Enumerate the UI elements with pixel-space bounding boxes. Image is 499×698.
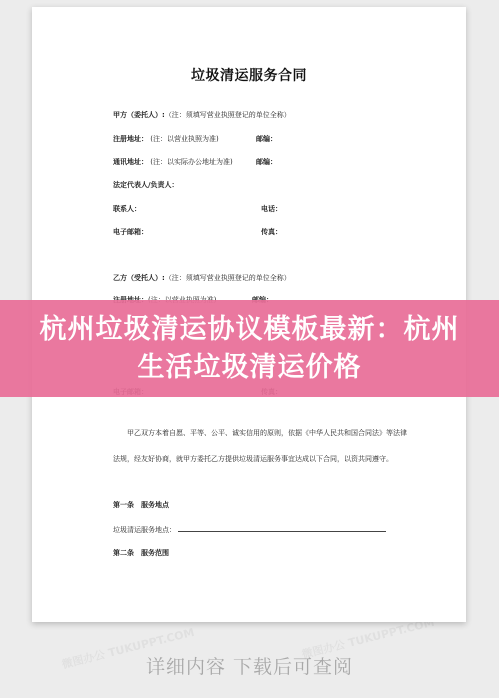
party-a-note: （注：须填写营业执照登记的单位全称） <box>165 111 291 119</box>
banner-title: 杭州垃圾清运协议模板最新：杭州生活垃圾清运价格 <box>30 311 470 387</box>
email-label: 电子邮箱： <box>113 228 148 236</box>
zip-label: 邮编： <box>256 157 277 167</box>
contact-label: 联系人： <box>113 205 141 213</box>
party-a-email: 电子邮箱： 传真： <box>113 227 148 237</box>
title-banner: 杭州垃圾清运协议模板最新：杭州生活垃圾清运价格 <box>0 300 499 397</box>
phone-label: 电话： <box>261 204 282 214</box>
fax-label: 传真： <box>261 227 282 237</box>
party-b-header: 乙方（受托人）:（注：须填写营业执照登记的单位全称） <box>113 273 291 283</box>
service-location-field[interactable] <box>178 524 386 532</box>
party-a-header: 甲方（委托人）:（注：须填写营业执照登记的单位全称） <box>113 110 291 120</box>
mail-address-label: 通讯地址： <box>113 158 148 166</box>
party-a-legal-rep: 法定代表人/负责人： <box>113 180 179 190</box>
download-hint[interactable]: 详细内容 下载后可查阅 <box>0 652 499 679</box>
intro-paragraph-text: 甲乙双方本着自愿、平等、公平、诚实信用的原则，依据《中华人民共和国合同法》等法律… <box>113 429 407 463</box>
party-a-reg-address: 注册地址： (注：以营业执照为准) 邮编： <box>113 134 219 144</box>
party-b-label: 乙方（受托人）: <box>113 274 165 282</box>
service-location-row: 垃圾清运服务地点： <box>113 524 386 535</box>
party-a-label: 甲方（委托人）: <box>113 111 165 119</box>
party-b-note: （注：须填写营业执照登记的单位全称） <box>165 274 291 282</box>
zip-label: 邮编： <box>256 134 277 144</box>
mail-address-note: (注：以实际办公地址为准) <box>150 158 232 166</box>
party-a-mail-address: 通讯地址： (注：以实际办公地址为准) 邮编： <box>113 157 233 167</box>
service-location-label: 垃圾清运服务地点： <box>113 526 176 534</box>
document-title: 垃圾清运服务合同 <box>32 65 466 85</box>
article-2-heading: 第二条 服务范围 <box>113 548 169 558</box>
party-a-contact: 联系人： 电话： <box>113 204 141 214</box>
article-1-heading: 第一条 服务地点 <box>113 500 169 510</box>
legal-rep-label: 法定代表人/负责人： <box>113 181 179 189</box>
reg-address-note: (注：以营业执照为准) <box>150 135 218 143</box>
reg-address-label: 注册地址： <box>113 135 148 143</box>
intro-paragraph: 甲乙双方本着自愿、平等、公平、诚实信用的原则，依据《中华人民共和国合同法》等法律… <box>113 420 413 472</box>
